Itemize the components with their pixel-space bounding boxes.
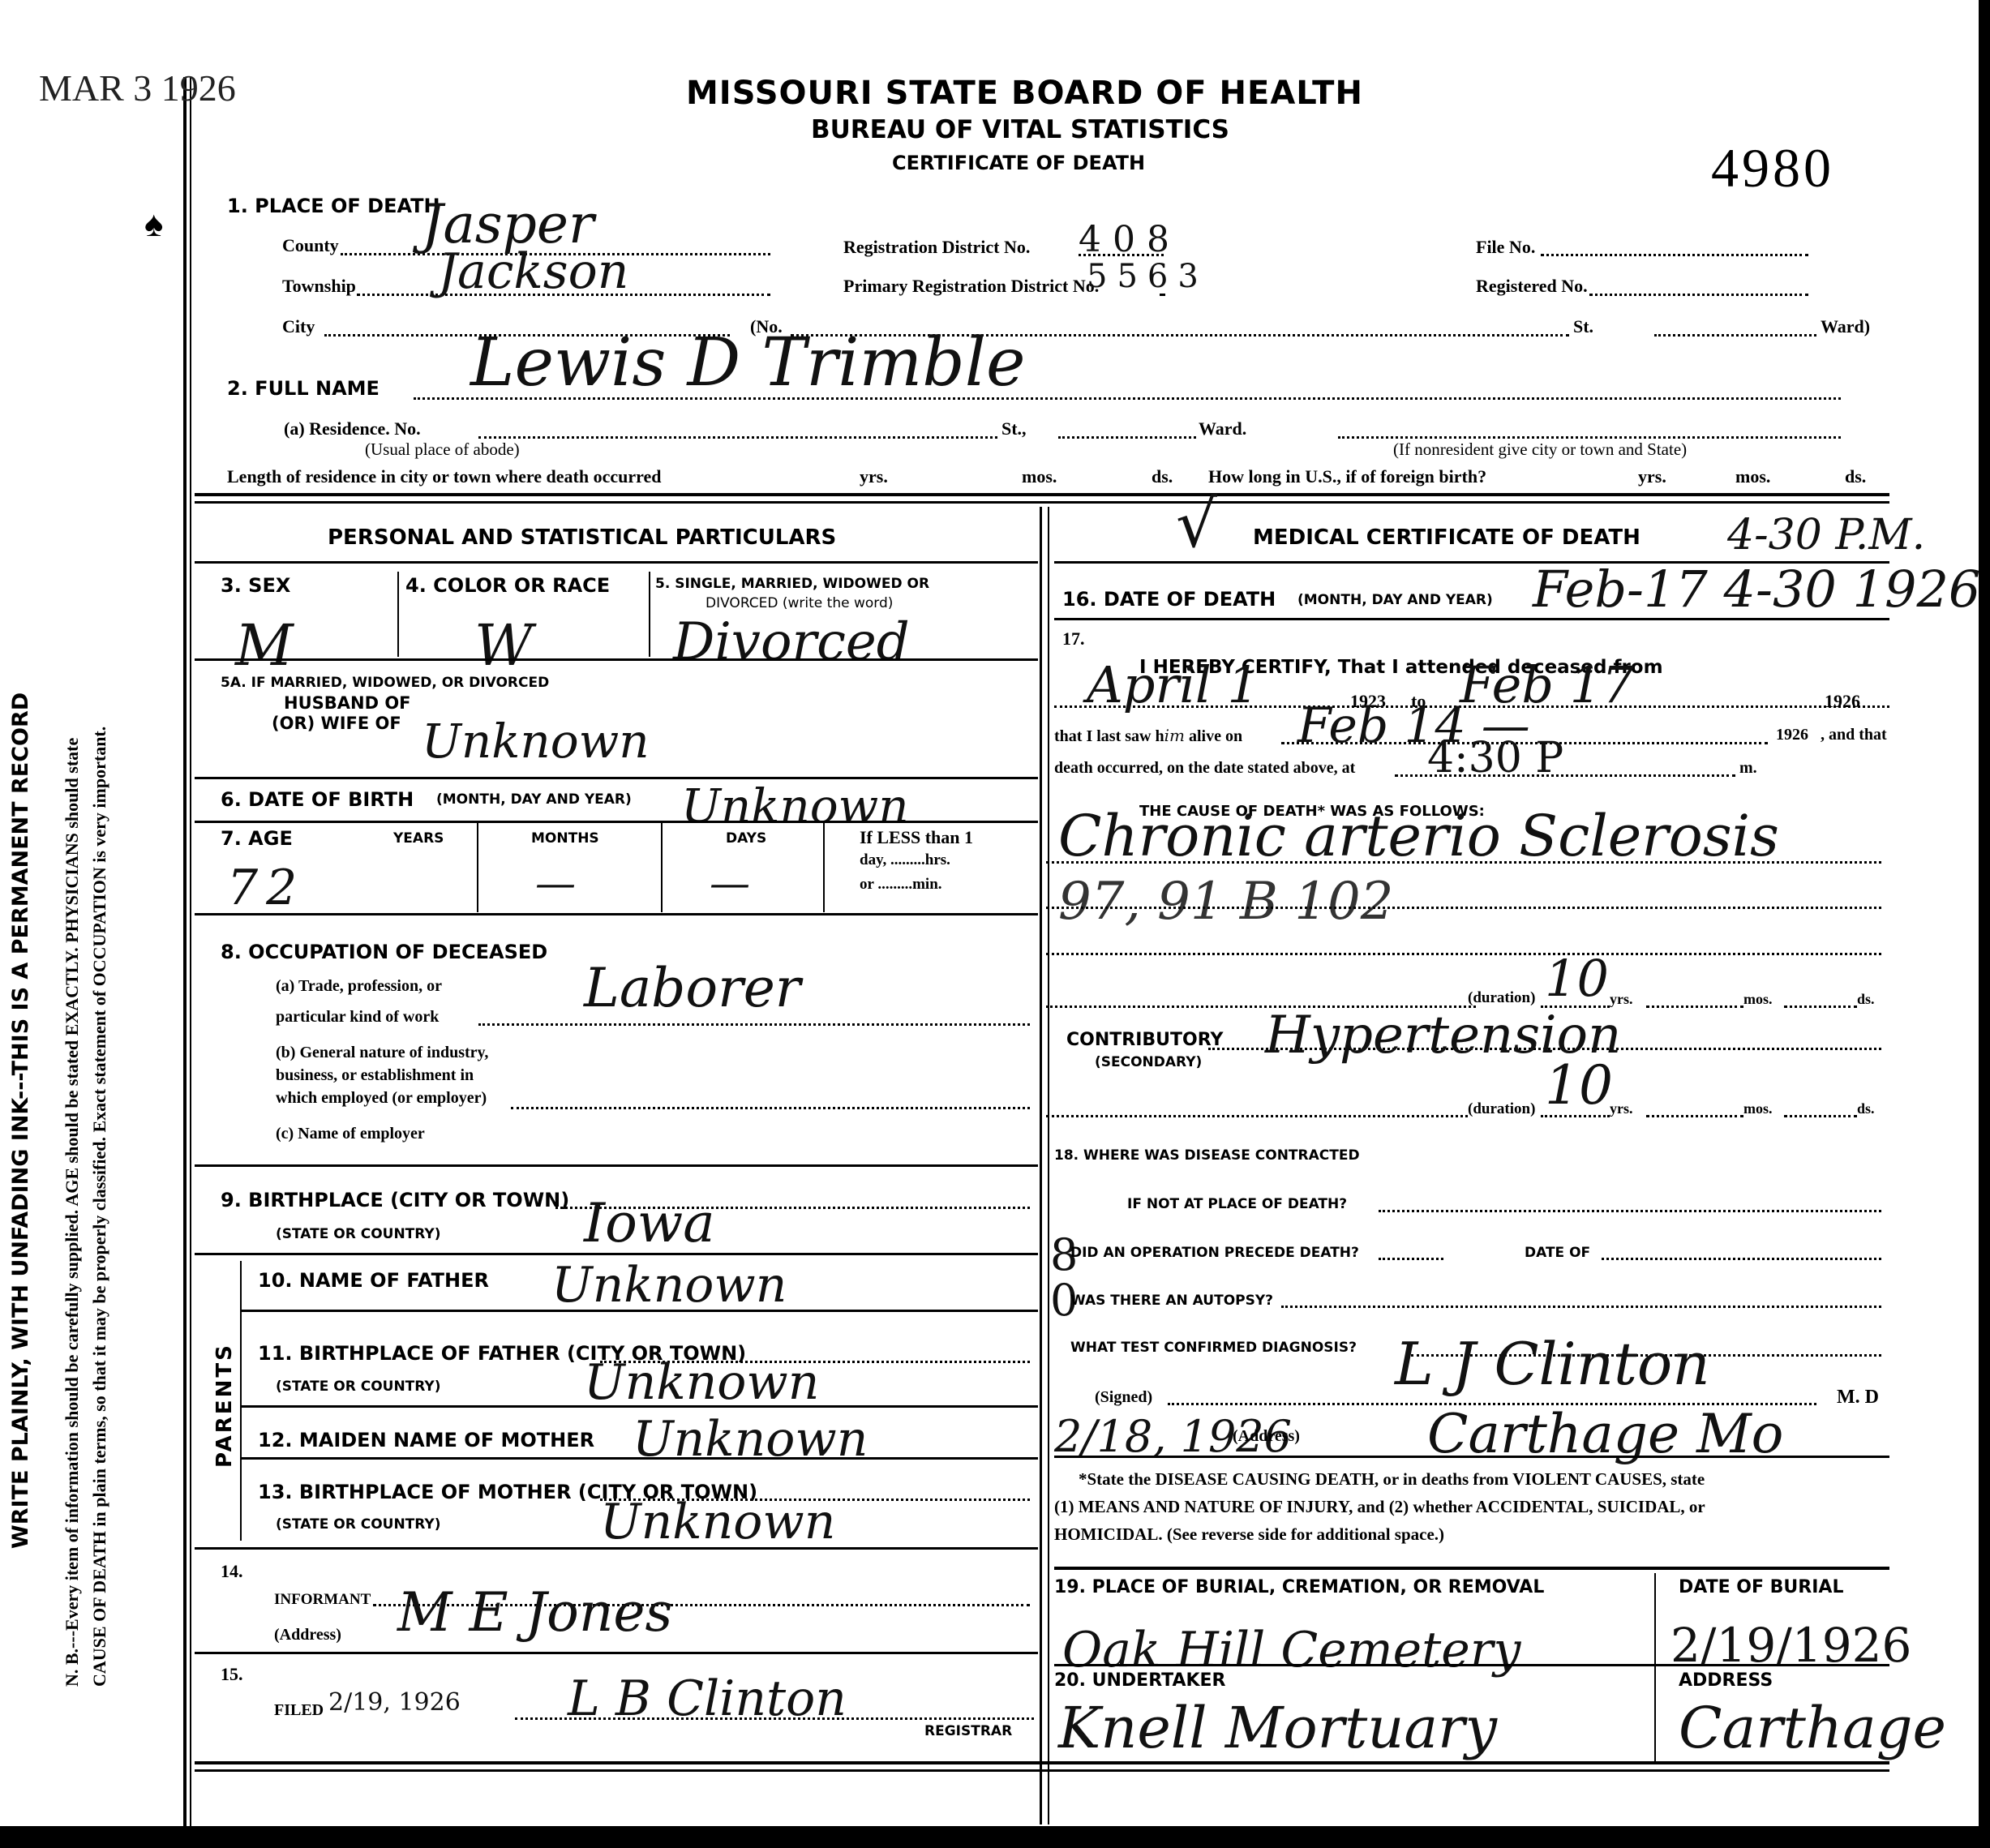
nonresident-note: (If nonresident give city or town and St… [1393,439,1687,460]
occ-a-line [478,1023,1030,1026]
row19-rule [1054,1664,1889,1666]
dod-value: Feb-17 4-30 1926 [1533,560,1980,619]
cause-duration-label: (duration) [1468,989,1535,1007]
where-contracted-label: 18. WHERE WAS DISEASE CONTRACTED [1054,1147,1360,1164]
city-ward-label: Ward) [1821,316,1870,337]
md-label: M. D [1837,1387,1879,1409]
bottom-rule-2 [195,1769,1889,1772]
operation-label: DID AN OPERATION PRECEDE DEATH? [1070,1245,1359,1261]
row14-rule [195,1652,1038,1654]
informant-address-label: (Address) [274,1626,341,1644]
contrib-dur-line [1046,1115,1468,1117]
dod-sub: (MONTH, DAY AND YEAR) [1297,592,1493,608]
race-value: W [474,612,533,679]
registered-no-line [1589,294,1808,296]
footnote-2: (1) MEANS AND NATURE OF INJURY, and (2) … [1054,1497,1705,1517]
age-divider-1 [477,823,478,912]
township-label: Township [282,276,356,297]
less-than-1: If LESS than 1 [860,827,973,848]
bureau-title: BUREAU OF VITAL STATISTICS [811,115,1229,144]
mother-bp-state-label: (STATE OR COUNTRY) [276,1516,441,1533]
undertaker-address-label: ADDRESS [1679,1670,1773,1691]
left-margin-rule [183,77,187,1829]
date-of-label: DATE OF [1525,1245,1590,1261]
undertaker-value: Knell Mortuary [1058,1695,1497,1761]
age-years-label: YEARS [393,830,444,847]
received-stamp: MAR 3 1926 [39,66,236,109]
race-divider [649,572,650,657]
registrar-label: REGISTRAR [924,1723,1012,1739]
age-days-label: DAYS [726,830,766,847]
personal-section-title: PERSONAL AND STATISTICAL PARTICULARS [328,525,836,550]
residence-ward-line [1058,436,1196,439]
signed-rule [1054,1456,1889,1458]
contrib-mos: mos. [1743,1100,1773,1117]
undertaker-label: 20. UNDERTAKER [1054,1670,1226,1691]
dod-label: 16. DATE OF DEATH [1062,588,1276,611]
residence-line [478,436,997,439]
scan-edge-bottom [0,1826,1990,1848]
parents-divider [240,1261,242,1541]
column-divider [1040,507,1042,1824]
length-residence-label: Length of residence in city or town wher… [227,466,661,487]
if-not-place-line [1379,1210,1881,1212]
length-mos: mos. [1022,466,1057,487]
attended-to-year: 1926 [1825,691,1860,712]
age-days-value: — [710,860,750,907]
marital-label-2: DIVORCED (write the word) [706,595,893,611]
contrib-ds-line [1784,1115,1857,1117]
reg-district-value: 408 [1079,219,1181,260]
cause-line-3 [1046,953,1881,955]
row9-rule [195,1253,1038,1255]
city-label: City [282,316,315,337]
length-yrs: yrs. [860,466,888,487]
burial-divider [1654,1573,1656,1764]
last-saw-him: im [1164,726,1185,745]
cause-mos: mos. [1743,991,1773,1008]
cause-annotation: 97, 91 B 102 [1058,872,1393,932]
physician-address-label: (Address) [1233,1427,1300,1446]
row7-rule [195,913,1038,915]
filed-label: FILED [274,1701,324,1720]
residence-label: (a) Residence. No. [284,418,421,439]
cause-duration-yrs: 10 [1545,949,1609,1008]
spouse-label-3: (OR) WIFE OF [272,714,401,733]
parents-label: PARENTS [212,1343,237,1468]
last-saw-prefix: that I last saw h [1054,727,1164,745]
left-margin-rule-inner [190,77,191,1829]
township-value: Jackson [438,243,628,300]
birthplace-state-label: (STATE OR COUNTRY) [276,1226,441,1242]
contrib-ds: ds. [1857,1100,1875,1117]
contrib-duration-yrs: 10 [1545,1054,1613,1117]
operation-line [1379,1258,1443,1260]
occ-b-2: business, or establishment in [276,1066,474,1085]
footnote-3: HOMICIDAL. (See reverse side for additio… [1054,1524,1444,1545]
age-divider-3 [823,823,825,912]
autopsy-label: WAS THERE AN AUTOPSY? [1070,1293,1273,1309]
row6-rule [195,821,1038,823]
sex-label: 3. SEX [221,574,290,597]
item-14: 14. [221,1561,243,1582]
registered-no-label: Registered No. [1476,276,1588,297]
secondary-label: (SECONDARY) [1095,1054,1202,1070]
city-st-label: St. [1573,316,1593,337]
occ-a-value: Laborer [584,957,800,1019]
row5a-rule [195,777,1038,779]
occ-b-line [511,1107,1030,1109]
file-no-label: File No. [1476,237,1535,258]
contrib-duration-label: (duration) [1468,1100,1535,1118]
physician-signature: L J Clinton [1395,1330,1710,1398]
occ-c: (c) Name of employer [276,1125,425,1143]
cause-ds: ds. [1857,991,1875,1008]
birthplace-value: Iowa [584,1192,715,1254]
mother-bp-value: Unknown [600,1494,835,1550]
personal-title-rule [195,561,1038,564]
less-than-2: day, .........hrs. [860,851,950,869]
occ-b-1: (b) General nature of industry, [276,1044,488,1062]
undertaker-address-value: Carthage [1679,1695,1946,1761]
occupation-label: 8. OCCUPATION OF DECEASED [221,941,547,963]
row10-rule [242,1310,1038,1312]
ward-line [1654,334,1816,337]
informant-value: M E Jones [397,1581,672,1644]
marital-value: Divorced [673,612,910,672]
item-15: 15. [221,1664,243,1685]
race-label: 4. COLOR OR RACE [405,574,610,597]
occ-b-3: which employed (or employer) [276,1089,487,1108]
medical-section-title: MEDICAL CERTIFICATE OF DEATH [1253,525,1640,550]
mother-label: 12. MAIDEN NAME OF MOTHER [258,1429,594,1451]
sex-value: M [235,612,294,679]
spouse-label-1: 5A. IF MARRIED, WIDOWED, OR DIVORCED [221,675,549,691]
row12-rule [242,1457,1038,1460]
sex-divider [397,572,399,657]
us-mos: mos. [1735,466,1770,487]
footnote-rule [1054,1567,1889,1570]
row11-rule [242,1405,1038,1408]
board-title: MISSOURI STATE BOARD OF HEALTH [686,75,1363,112]
date-of-line [1602,1258,1881,1260]
cause-mos-line [1646,1005,1743,1008]
check-mark-icon: √ [1176,487,1217,562]
form-title: CERTIFICATE OF DEATH [892,152,1145,174]
age-months-label: MONTHS [531,830,599,847]
if-not-place-label: IF NOT AT PLACE OF DEATH? [1127,1196,1347,1212]
age-months-value: — [535,860,576,907]
age-label: 7. AGE [221,827,293,850]
filed-value: 2/19, 1926 [328,1688,461,1717]
and-that: , and that [1821,726,1887,744]
scan-edge-right [1979,0,1990,1848]
registrar-signature: L B Clinton [568,1670,847,1727]
age-divider-2 [661,823,663,912]
row5-rule [195,658,1038,661]
contributory-label: CONTRIBUTORY [1066,1030,1223,1050]
nonresident-line [1338,436,1841,439]
age-years-value: 72 [227,860,305,916]
dob-sub: (MONTH, DAY AND YEAR) [436,791,632,808]
column-divider-2 [1048,507,1049,1824]
place-of-death-label: 1. PLACE OF DEATH [227,195,440,217]
medical-section-annotation: 4-30 P.M. [1727,511,1925,560]
reg-district-label: Registration District No. [843,237,1030,258]
spouse-label-2: HUSBAND OF [284,693,411,713]
father-bp-value: Unknown [584,1354,819,1411]
less-than-3: or .........min. [860,876,942,894]
last-saw-year: 1926 [1776,726,1808,744]
autopsy-line [1281,1306,1881,1308]
full-name-label: 2. FULL NAME [227,377,380,400]
margin-note-line2: CAUSE OF DEATH in plain terms, so that i… [89,727,110,1687]
alive-on-label: alive on [1189,727,1242,745]
dob-value: Unknown [681,778,909,834]
item-17: 17. [1062,628,1085,650]
marital-label-1: 5. SINGLE, MARRIED, WIDOWED OR [655,576,929,592]
footnote-1: *State the DISEASE CAUSING DEATH, or in … [1079,1469,1705,1490]
signed-label: (Signed) [1095,1388,1152,1407]
row13-rule [195,1547,1038,1550]
m-label: m. [1739,759,1757,778]
file-no-line [1541,254,1808,256]
margin-note-line1: N. B.---Every item of information should… [62,738,83,1687]
cause-line-1 [1046,861,1881,864]
us-ds: ds. [1845,466,1866,487]
section-rule-top [195,493,1889,496]
dob-label: 6. DATE OF BIRTH [221,788,414,811]
spade-mark-icon: ♠ [144,204,163,245]
margin-write-plainly: WRITE PLAINLY, WITH UNFADING INK---THIS … [8,692,33,1549]
test-label: WHAT TEST CONFIRMED DIAGNOSIS? [1070,1340,1357,1356]
burial-date-label: DATE OF BURIAL [1679,1577,1843,1597]
bottom-rule [195,1761,1889,1764]
section-rule-top-2 [195,501,1889,504]
row8-rule [195,1164,1038,1167]
father-bp-state-label: (STATE OR COUNTRY) [276,1378,441,1395]
contrib-mos-line [1646,1115,1743,1117]
attended-from: April 1 [1087,655,1259,714]
row16-rule [1054,618,1889,620]
certificate-number: 4980 [1711,136,1834,200]
how-long-us-label: How long in U.S., if of foreign birth? [1208,466,1486,487]
usual-place-note: (Usual place of abode) [365,439,520,460]
occ-a-1: (a) Trade, profession, or [276,977,442,996]
last-saw-text: that I last saw him alive on [1054,726,1242,746]
county-label: County [282,235,339,256]
primary-reg-value: 5563 [1087,258,1208,295]
occ-a-2: particular kind of work [276,1008,439,1027]
burial-place-label: 19. PLACE OF BURIAL, CREMATION, OR REMOV… [1054,1577,1544,1597]
full-name-value: Lewis D Trimble [470,324,1025,401]
father-value: Unknown [551,1257,787,1314]
cause-line-2 [1046,907,1881,909]
death-time: 4:30 P [1427,734,1563,783]
cause-ds-line [1784,1005,1857,1008]
spouse-value: Unknown [422,714,650,769]
informant-label: INFORMANT [274,1591,371,1609]
residence-ward-label: Ward. [1199,418,1246,439]
contrib-yrs-line [1541,1115,1610,1117]
residence-st-label: St., [1001,418,1027,439]
cause-value: Chronic arterio Sclerosis [1058,803,1779,869]
birthplace-label: 9. BIRTHPLACE (CITY OR TOWN) [221,1189,569,1211]
length-ds: ds. [1152,466,1173,487]
primary-reg-label: Primary Registration District No. [843,276,1099,297]
contrib-yrs: yrs. [1610,1100,1633,1117]
father-label: 10. NAME OF FATHER [258,1269,489,1292]
us-yrs: yrs. [1638,466,1666,487]
death-occurred-text: death occurred, on the date stated above… [1054,759,1355,778]
